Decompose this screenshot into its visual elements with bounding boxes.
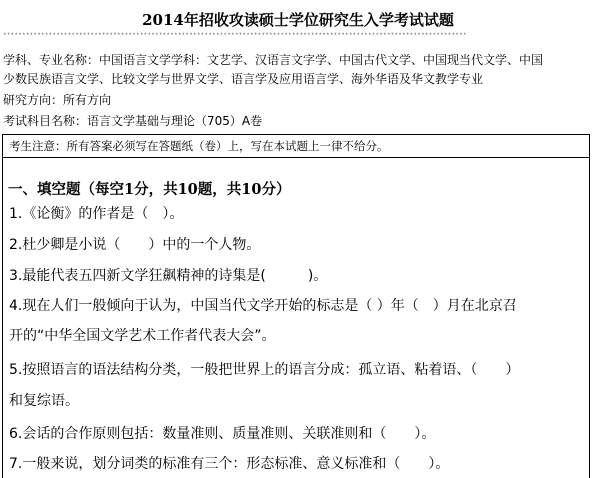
question-4-line-1: 4.现在人们一般倾向于认为，中国当代文学开始的标志是（ ）年（ ）月在北京召 <box>9 297 517 315</box>
question-2: 2.杜少卿是小说（ ）中的一个人物。 <box>9 236 260 254</box>
exam-box: 考生注意：所有答案必须写在答题纸（卷）上，写在本试题上一律不给分。 一、填空题（… <box>2 134 590 478</box>
section-title: 一、填空题（每空1分，共10题，共10分） <box>8 178 290 199</box>
question-6: 6.会话的合作原则包括：数量准则、质量准则、关联准则和（ ）。 <box>9 425 435 443</box>
major-line-1: 学科、专业名称：中国语言文学学科：文艺学、汉语言文字学、中国古代文学、中国现当代… <box>3 52 543 68</box>
major-line-2: 少数民族语言文学、比较文学与世界文学、语言学及应用语言学、海外华语及华文教学专业 <box>3 71 483 87</box>
question-5-line-1: 5.按照语言的语法结构分类，一般把世界上的语言分成：孤立语、粘着语、（ ） <box>9 361 519 379</box>
question-3: 3.最能代表五四新文学狂飙精神的诗集是( )。 <box>9 267 327 285</box>
exam-subject: 考试科目名称：语言文学基础与理论（705）A卷 <box>3 113 262 129</box>
candidate-notice: 考生注意：所有答案必须写在答题纸（卷）上，写在本试题上一律不给分。 <box>3 135 589 158</box>
question-4-line-2: 开的“中华全国文学艺术工作者代表大会”。 <box>9 327 276 345</box>
question-5-line-2: 和复综语。 <box>9 392 79 410</box>
exam-title: 2014年招收攻读硕士学位研究生入学考试试题 <box>0 9 596 30</box>
question-1: 1.《论衡》的作者是（ ）。 <box>9 205 183 223</box>
question-7: 7.一般来说，划分词类的标准有三个：形态标准、意义标准和（ ）。 <box>9 455 449 473</box>
asterisk-divider: ****************************************… <box>3 32 493 40</box>
research-direction: 研究方向：所有方向 <box>3 92 111 108</box>
